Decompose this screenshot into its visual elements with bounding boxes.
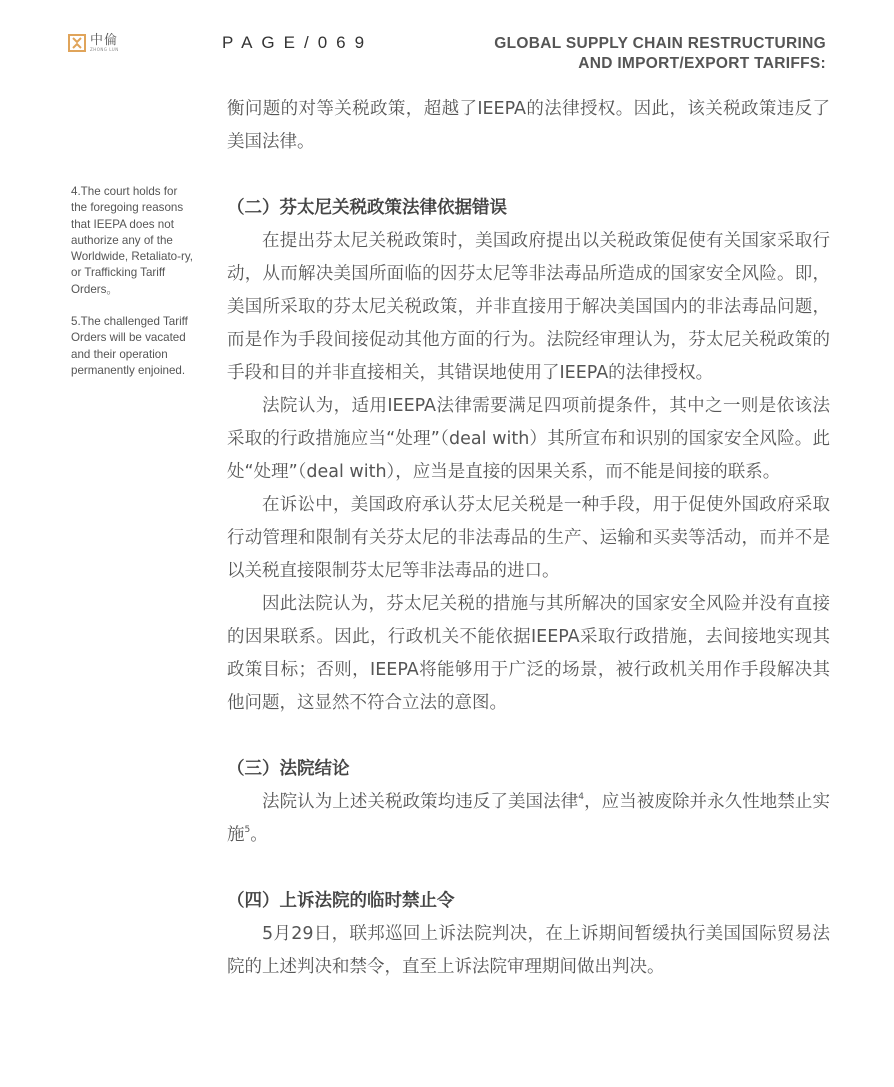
main-content: 衡问题的对等关税政策，超越了IEEPA的法律授权。因此，该关税政策违反了美国法律… [227, 93, 830, 984]
section2-paragraph-4: 因此法院认为，芬太尼关税的措施与其所解决的国家安全风险并没有直接的因果联系。因此… [227, 588, 830, 720]
intro-paragraph: 衡问题的对等关税政策，超越了IEEPA的法律授权。因此，该关税政策违反了美国法律… [227, 93, 830, 159]
section2-heading: （二）芬太尼关税政策法律依据错误 [227, 192, 830, 225]
header-title-line1: GLOBAL SUPPLY CHAIN RESTRUCTURING [494, 34, 826, 54]
section2-paragraph-3: 在诉讼中，美国政府承认芬太尼关税是一种手段，用于促使外国政府采取行动管理和限制有… [227, 489, 830, 588]
section3-paragraph: 法院认为上述关税政策均违反了美国法律4，应当被废除并永久性地禁止实施5。 [227, 786, 830, 852]
logo-english-text: ZHONG LUN [90, 48, 119, 52]
page-number: PAGE/069 [222, 33, 373, 53]
section4-heading: （四）上诉法院的临时禁止令 [227, 885, 830, 918]
header-title: GLOBAL SUPPLY CHAIN RESTRUCTURING AND IM… [494, 34, 826, 74]
section3-heading: （三）法院结论 [227, 753, 830, 786]
section4-paragraph: 5月29日，联邦巡回上诉法院判决，在上诉期间暂缓执行美国国际贸易法院的上述判决和… [227, 918, 830, 984]
section3-text-3: 。 [250, 825, 268, 845]
sidenote-5: 5.The challenged Tariff Orders will be v… [71, 314, 196, 379]
sidenotes: 4.The court holds for the foregoing reas… [71, 184, 196, 395]
logo: 中倫 ZHONG LUN [68, 34, 119, 52]
section3-text-1: 法院认为上述关税政策均违反了美国法律 [262, 792, 578, 812]
logo-chinese-text: 中倫 [90, 34, 119, 47]
logo-mark-icon [68, 34, 86, 52]
header-title-line2: AND IMPORT/EXPORT TARIFFS: [494, 54, 826, 74]
sidenote-4: 4.The court holds for the foregoing reas… [71, 184, 196, 298]
section2-paragraph-2: 法院认为，适用IEEPA法律需要满足四项前提条件，其中之一则是依该法采取的行政措… [227, 390, 830, 489]
section2-paragraph-1: 在提出芬太尼关税政策时，美国政府提出以关税政策促使有关国家采取行动，从而解决美国… [227, 225, 830, 390]
